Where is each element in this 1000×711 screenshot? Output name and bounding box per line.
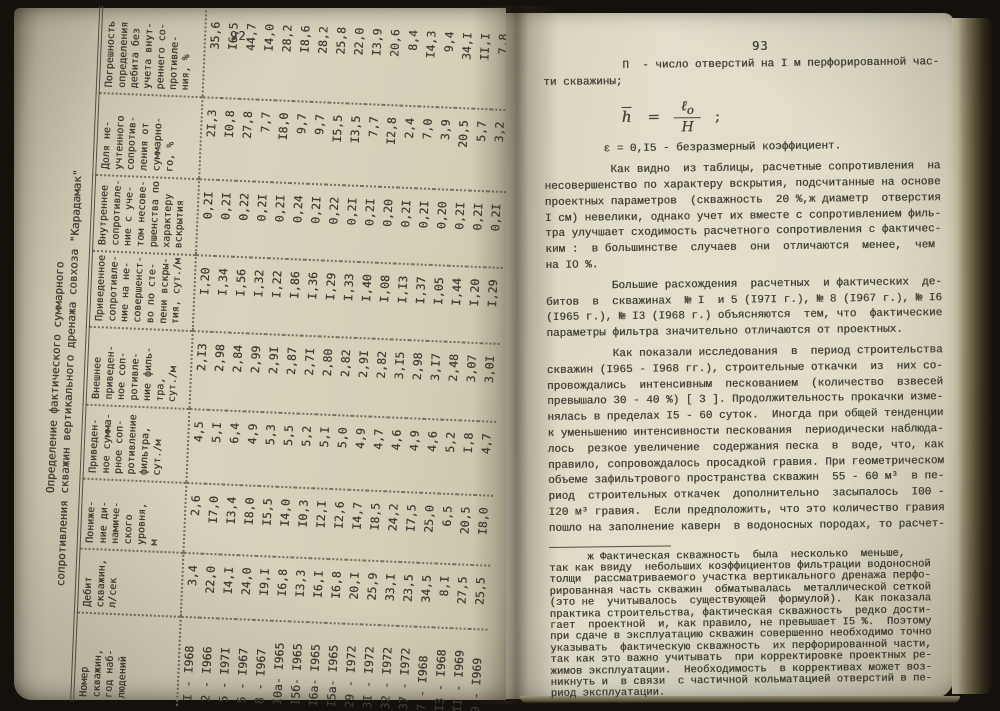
table-cell: I8,0	[472, 495, 493, 566]
table-cell: 3,0I	[478, 343, 499, 422]
column-header: Дебит скважин, л/сек	[76, 548, 184, 616]
paragraph-resistance-comparison: Как видно из таблицы, расчетные сопротив…	[544, 159, 957, 275]
table-cell: 4,7	[475, 421, 496, 496]
column-header: Приведен- ное сумма- рное соп- ротивлени…	[81, 405, 189, 483]
page-number-93: 93	[752, 39, 768, 53]
column-header: Приведенное сопротивле- ние на не- совер…	[88, 251, 196, 331]
table-cell: 9 - I969	[466, 629, 488, 711]
formula-lhs: h	[620, 108, 634, 126]
footnote-separator	[549, 545, 671, 547]
formula-denominator: H	[681, 119, 693, 136]
column-header: Погрешность определения дебита без учета…	[98, 6, 207, 97]
column-header: Доля не- учтенного сопротив- ления от су…	[94, 93, 202, 179]
formula-equals: =	[647, 108, 660, 126]
right-page-text: П - число отверстий на I м перфорированн…	[543, 55, 963, 701]
n-definition-paragraph: П - число отверстий на I м перфорированн…	[543, 55, 955, 92]
paragraph-construction-pumping: Как показали исследования в период строи…	[547, 343, 961, 538]
paragraph-flow-discrepancies: Большие расхождения расчетных и фактичес…	[546, 275, 959, 343]
table-cell: 25,5	[470, 565, 491, 630]
drainage-table: Номер скважин, год наб- люденийДебит скв…	[70, 6, 513, 711]
formula-numerator: ℓo	[674, 98, 701, 119]
left-page: 92 Определение фактического суммарного с…	[14, 8, 506, 700]
drainage-table-body: I - I9683,42,64,52,I3I,200,2I2I,335,62 -…	[177, 10, 513, 711]
column-header: Внешнее приведен- ное соп- ротивле- ние …	[85, 327, 193, 409]
table-cell: 0,2I	[485, 191, 506, 268]
formula-fraction: ℓo H	[674, 98, 701, 136]
epsilon-definition: ε = 0,I5 - безразмерный коэффициент.	[544, 138, 956, 159]
table-cell: I,29	[481, 267, 502, 344]
column-header: Номер скважин, год наб- людений	[72, 612, 181, 705]
h-bar-formula: h = ℓo H ;	[619, 95, 955, 137]
column-header: Внутреннее сопротивле- ние с уче- том не…	[91, 175, 199, 255]
formula-semicolon: ;	[715, 107, 720, 125]
rotated-table-block: Определение фактического суммарного сопр…	[35, 54, 511, 711]
footnote: ж Фактическая скважность была несколько …	[549, 547, 963, 700]
column-header: Пониже- ние ди- намиче- ского уровня, м	[79, 479, 187, 553]
